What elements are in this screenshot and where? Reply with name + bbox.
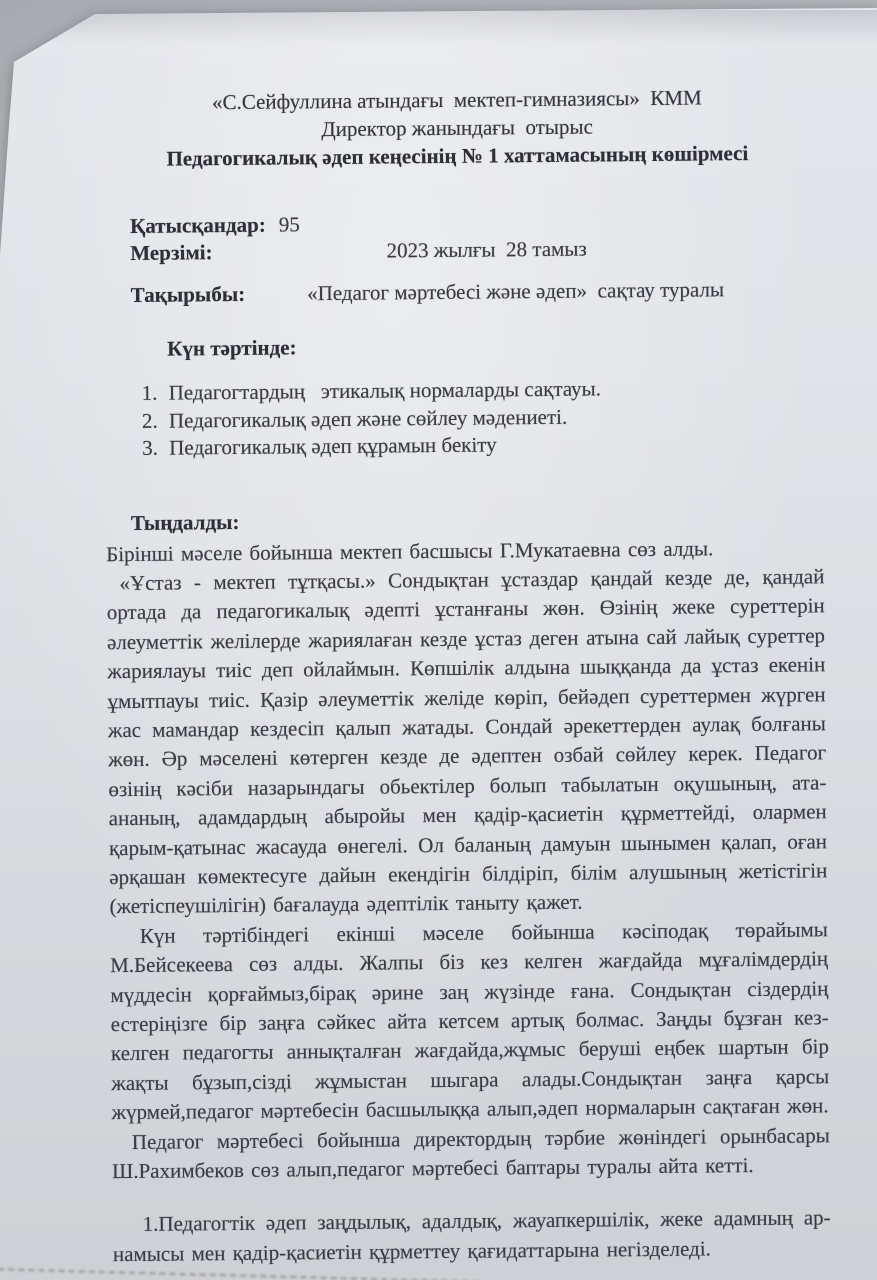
paragraph-speech-union-chair: Күн тәртібіндегі екінші мәселе бойынша к… bbox=[110, 915, 830, 1128]
participants-value: 95 bbox=[279, 211, 300, 238]
photo-background: «С.Сейфуллина атындағы мектеп-гимназиясы… bbox=[0, 0, 877, 1280]
date-label: Мерзімі: bbox=[130, 239, 212, 267]
agenda-item-text: Педагогикалық әдеп және сөйлеу мәдениеті… bbox=[169, 403, 568, 434]
agenda-title: Күн тәртінде: bbox=[167, 329, 822, 362]
topic-row: Тақырыбы: «Педагог мәртебесі және әдеп» … bbox=[131, 275, 822, 309]
date-value: 2023 жылғы 28 тамыз bbox=[386, 236, 587, 265]
agenda-item-number: 1. bbox=[142, 380, 169, 408]
paragraph-speech-director: «Ұстаз - мектеп тұтқасы.» Сондықтан ұста… bbox=[106, 562, 827, 922]
paragraph-speech-deputy: Педагог мәртебесі бойынша директордың тә… bbox=[112, 1121, 831, 1187]
document-content: «С.Сейфуллина атындағы мектеп-гимназиясы… bbox=[0, 0, 877, 1270]
agenda-item-text: Педагогикалық әдеп құрамын бекіту bbox=[169, 431, 497, 462]
doc-header: «С.Сейфуллина атындағы мектеп-гимназиясы… bbox=[94, 82, 821, 173]
heard-heading: Тыңдалды: bbox=[131, 502, 824, 538]
participants-label: Қатысқандар: bbox=[130, 212, 266, 240]
paragraph-ethics-principle: 1.Педагогтік әдеп заңдылық, адалдық, жау… bbox=[112, 1204, 831, 1270]
topic-label: Тақырыбы: bbox=[131, 281, 246, 309]
agenda-list: 1. Педагогтардың этикалық нормаларды сақ… bbox=[142, 373, 824, 462]
agenda-item-number: 2. bbox=[142, 407, 169, 435]
topic-value: «Педагог мәртебесі және әдеп» сақтау тур… bbox=[307, 276, 724, 307]
meta-block: Қатысқандар: 95 Мерзімі: 2023 жылғы 28 т… bbox=[103, 206, 822, 309]
agenda-item: 3. Педагогикалық әдеп құрамын бекіту bbox=[142, 428, 823, 462]
agenda-item-number: 3. bbox=[142, 435, 169, 463]
protocol-title: Педагогикалық әдеп кеңесінің № 1 хаттама… bbox=[94, 138, 820, 173]
agenda-item-text: Педагогтардың этикалық нормаларды сақтау… bbox=[169, 375, 602, 407]
